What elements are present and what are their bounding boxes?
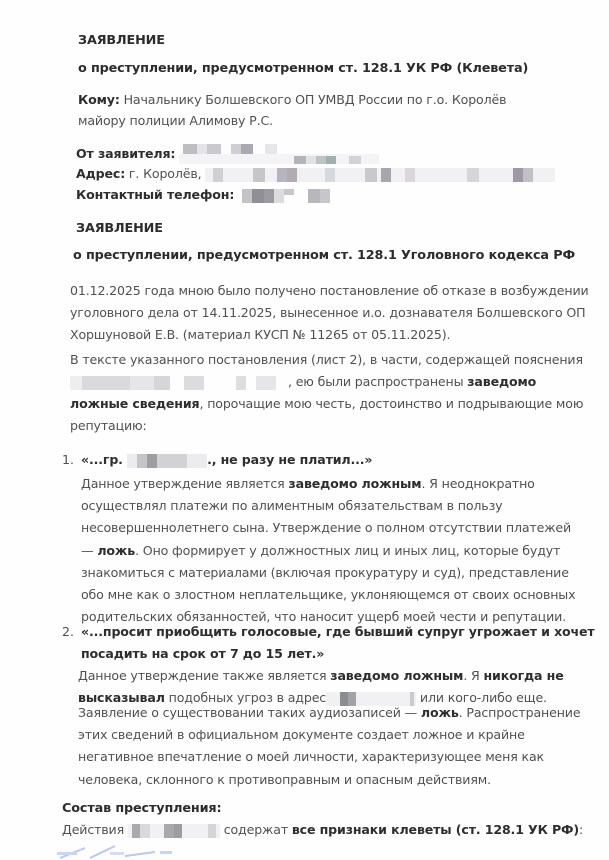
item-1-line-4: — ложь. Оно формирует у должностных лиц …: [81, 543, 560, 558]
recipient-line-1: Кому: Начальнику Болшевского ОП УМВД Рос…: [78, 92, 506, 107]
item-2-rest-line-1: Заявление о существовании таких аудиозап…: [78, 705, 580, 720]
redacted-name-composition: [128, 824, 220, 838]
redacted-name-item2: [326, 692, 416, 706]
composition-start: Действия: [62, 822, 128, 837]
item-1-line-3: несовершеннолетнего сына. Утверждение о …: [81, 520, 571, 535]
text: родительских обязанностей, что наносит у…: [81, 609, 566, 624]
item-2-end: или кого-либо еще.: [416, 690, 547, 705]
item-2-line-2: высказывал подобных угроз в адрес или ко…: [78, 690, 547, 706]
text: негативное впечатление о моей личности, …: [78, 749, 544, 764]
para1-line-1: 01.12.2025 года мною было получено поста…: [70, 283, 589, 298]
header-title: ЗАЯВЛЕНИЕ: [78, 33, 165, 48]
applicant-label: От заявителя:: [76, 146, 175, 161]
para1-line-2: уголовного дела от 14.11.2025, вынесенно…: [70, 305, 585, 320]
item-1-quote-start: «...гр.: [81, 452, 127, 467]
redacted-address: [205, 168, 555, 182]
header-subtitle: о преступлении, предусмотренном ст. 128.…: [78, 61, 528, 76]
item-2-rest-line-3: негативное впечатление о моей личности, …: [78, 749, 544, 764]
item-1-line-7: родительских обязанностей, что наносит у…: [81, 609, 566, 624]
statement-subtitle: о преступлении, предусмотренном ст. 128.…: [73, 248, 575, 263]
composition-end: :: [579, 822, 583, 837]
item-2-number: 2.: [62, 624, 74, 639]
redacted-name-item1: [127, 454, 207, 468]
text: несовершеннолетнего сына. Утверждение о …: [81, 520, 571, 535]
para2-text: , ею были распространены: [288, 374, 467, 389]
bold-text: никогда не: [483, 668, 563, 683]
item-2-mid: подобных угроз в адрес: [165, 690, 326, 705]
handwriting-scribble: [55, 842, 205, 860]
text: Заявление о существовании таких аудиозап…: [78, 705, 421, 720]
bold-text: заведомо ложным: [288, 476, 421, 491]
recipient-value: Начальнику Болшевского ОП УМВД России по…: [120, 92, 507, 107]
text: —: [81, 543, 97, 558]
phone-label: Контактный телефон:: [76, 187, 234, 202]
text: знакомиться с материалами (включая проку…: [81, 565, 569, 580]
text: . Оно формирует у должностных лиц и иных…: [135, 543, 560, 558]
text: осуществлял платежи по алиментным обязат…: [81, 498, 502, 513]
item-2-rest-line-4: человека, склонного к противоправным и о…: [78, 772, 491, 787]
text: . Я неоднократно: [421, 476, 534, 491]
item-1-number: 1.: [62, 452, 74, 467]
address-city: г. Королёв,: [125, 166, 201, 181]
phone-line: Контактный телефон:: [76, 187, 348, 203]
para2-bold-1: заведомо: [467, 374, 536, 389]
recipient-label: Кому:: [78, 92, 120, 107]
text: человека, склонного к противоправным и о…: [78, 772, 491, 787]
para2-line-1: В тексте указанного постановления (лист …: [70, 352, 583, 367]
document-page: ЗАЯВЛЕНИЕ о преступлении, предусмотренно…: [0, 0, 609, 860]
item-2-quote-line-1: «...просит приобщить голосовые, где бывш…: [81, 624, 595, 639]
bold-text: заведомо ложным: [330, 668, 463, 683]
para2-line-3: ложные сведения, порочащие мою честь, до…: [70, 396, 583, 411]
item-2-rest-line-2: этих сведений в официальном документе со…: [78, 727, 525, 742]
text: . Распространение: [459, 705, 581, 720]
composition-mid: содержат: [220, 822, 292, 837]
text: Данное утверждение является: [81, 476, 288, 491]
item-2-quote-line-2: посадить на срок от 7 до 15 лет.»: [81, 646, 324, 661]
para1-line-3: Хоршуновой Е.В. (материал КУСП № 11265 о…: [70, 327, 450, 342]
item-1-quote: «...гр. ., не разу не платил...»: [81, 452, 372, 468]
item-1-line-2: осуществлял платежи по алиментным обязат…: [81, 498, 502, 513]
para2-bold-2: ложные сведения: [70, 396, 199, 411]
address-line: Адрес: г. Королёв,: [76, 166, 555, 182]
address-label: Адрес:: [76, 166, 125, 181]
redacted-phone: [238, 189, 348, 203]
statement-title: ЗАЯВЛЕНИЕ: [76, 221, 163, 236]
redacted-name-para2: [70, 376, 288, 390]
para2-rest: , порочащие мою честь, достоинство и под…: [199, 396, 583, 411]
item-1-line-1: Данное утверждение является заведомо лож…: [81, 476, 535, 491]
composition-title: Состав преступления:: [62, 801, 221, 816]
bold-text: ложь: [97, 543, 135, 558]
composition-bold: все признаки клеветы (ст. 128.1 УК РФ): [292, 822, 579, 837]
text: обо мне как о злостном неплательщике, ук…: [81, 587, 575, 602]
item-1-line-6: обо мне как о злостном неплательщике, ук…: [81, 587, 575, 602]
para2-line-4: репутацию:: [70, 418, 147, 433]
item-1-quote-end: ., не разу не платил...»: [207, 452, 372, 467]
text: . Я: [463, 668, 483, 683]
recipient-line-2: майору полиции Алимову Р.С.: [78, 113, 273, 128]
item-1-line-5: знакомиться с материалами (включая проку…: [81, 565, 569, 580]
bold-text: ложь: [421, 705, 459, 720]
text: Данное утверждение также является: [78, 668, 330, 683]
composition-line: Действия содержат все признаки клеветы (…: [62, 822, 583, 838]
item-2-line-1: Данное утверждение также является заведо…: [78, 668, 564, 683]
item-2-bold: высказывал: [78, 690, 165, 705]
para2-line-2: , ею были распространены заведомо: [70, 374, 536, 390]
text: этих сведений в официальном документе со…: [78, 727, 525, 742]
